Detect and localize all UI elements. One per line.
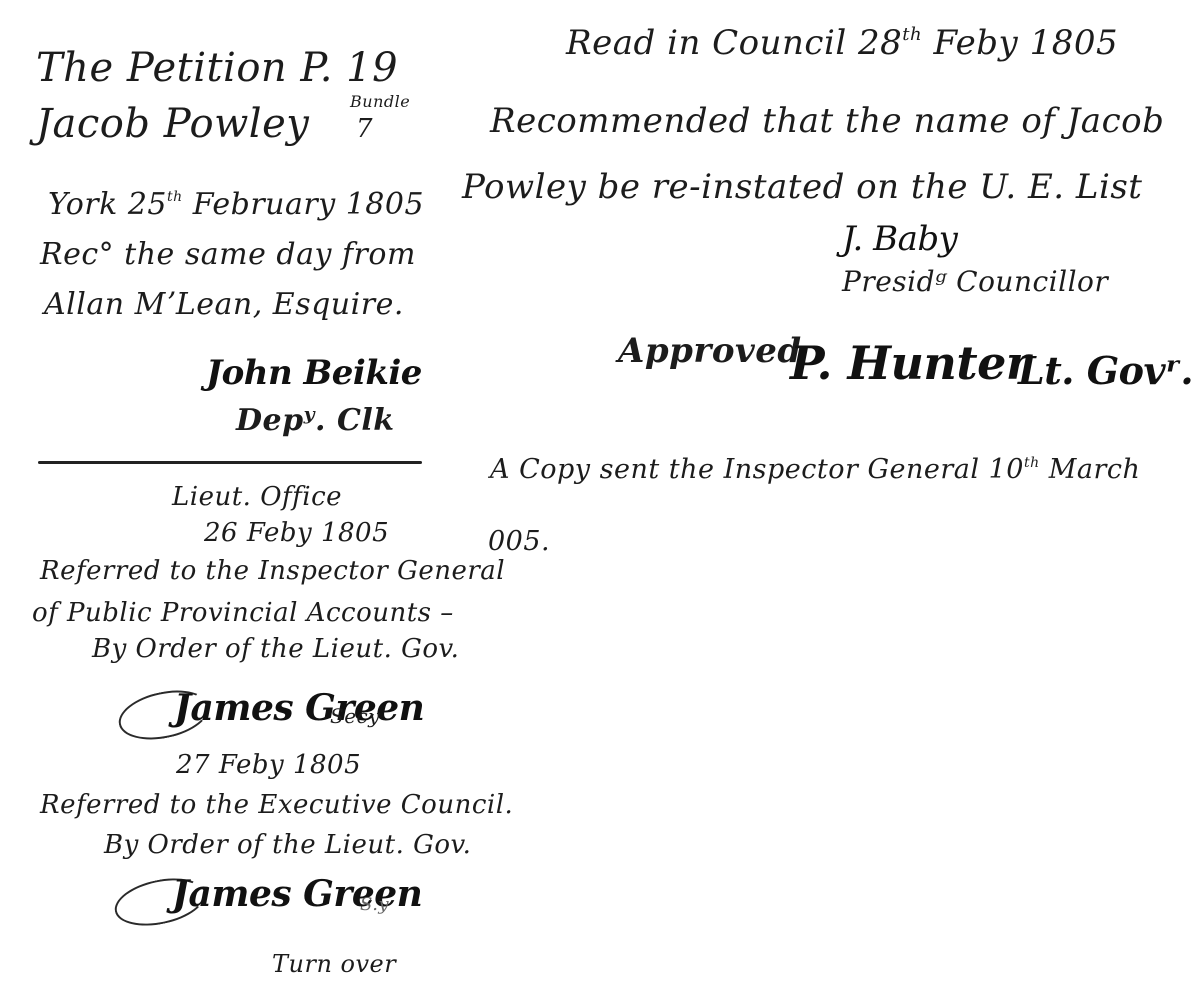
referral-1-line-3: By Order of the Lieut. Gov. [92,636,459,662]
receipt-date-day: York 25 [48,187,167,222]
signature-title-presiding-councillor: Presidᵍ Councillor [842,268,1108,296]
copy-note-suffix: th [1024,455,1040,471]
bundle-label: Bundle [350,94,410,110]
council-read-label: Read in Council 28 [566,23,902,63]
receipt-date-suffix: th [167,189,183,205]
council-recommendation-line-1: Recommended that the name of Jacob [490,104,1164,138]
bundle-number: 7 [356,116,373,142]
signature-john-beikie: John Beikie [206,356,422,390]
signature-j-baby: J. Baby [842,222,957,256]
referral-1-date: 26 Feby 1805 [204,520,389,546]
lieut-office-heading: Lieut. Office [172,484,342,510]
referral-2-line-2: By Order of the Lieut. Gov. [104,832,471,858]
manuscript-page: The Petition P. 19 Jacob Powley Bundle 7… [0,0,1200,991]
council-read-month-year: Feby 1805 [933,23,1118,63]
council-read-date: Read in Council 28th Feby 1805 [566,26,1118,60]
signature-p-hunter: P. Hunter [790,340,1030,386]
receipt-date-month-year: February 1805 [193,187,424,222]
referral-2-date: 27 Feby 1805 [176,752,361,778]
copy-note-text: A Copy sent the Inspector General 10 [490,454,1024,485]
signature-title-dep-clk: Depʸ. Clk [236,406,395,436]
signature-title-lt-gov: Lt. Govʳ. [1018,352,1193,390]
referral-2-line-1: Referred to the Executive Council. [40,792,513,818]
signature-suffix-secy-2: S.y [360,896,389,914]
petitioner-name: Jacob Powley [36,104,309,144]
council-recommendation-line-2: Powley be re-instated on the U. E. List [462,170,1142,204]
signature-suffix-secy-1: Secy [330,706,380,726]
copy-note-line-1: A Copy sent the Inspector General 10th M… [490,456,1140,483]
receipt-line-2: Rec° the same day from [40,240,416,270]
referral-1-line-2: of Public Provincial Accounts – [32,600,454,626]
docket-title: The Petition P. 19 [36,48,398,88]
receipt-date: York 25th February 1805 [48,190,424,220]
section-divider [38,461,422,464]
referral-1-line-1: Referred to the Inspector General [40,558,505,584]
turn-over-note: Turn over [272,952,396,976]
council-read-suffix: th [902,24,922,45]
copy-note-month: March [1049,454,1141,485]
receipt-line-3: Allan MʼLean, Esquire. [44,290,404,320]
signature-james-green-1: James Green [174,690,424,726]
approved-label: Approved [618,334,802,368]
copy-note-line-2: 005. [488,528,550,555]
